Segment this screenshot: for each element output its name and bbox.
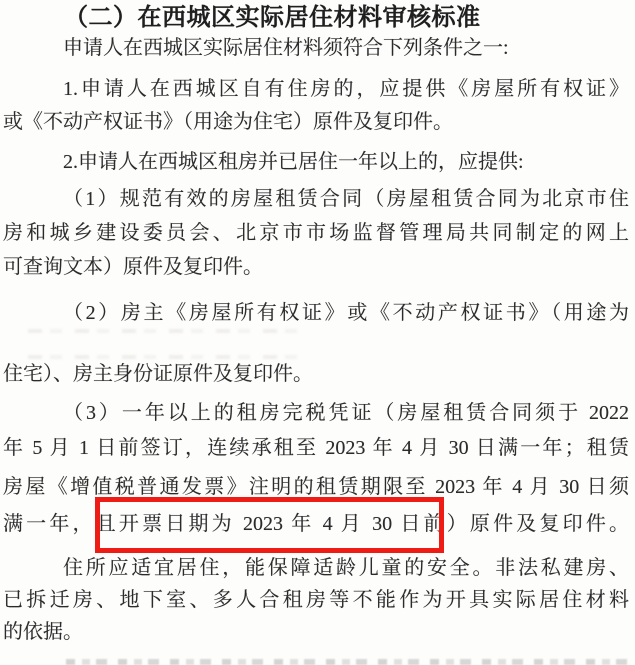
document-line: （3）一年以上的租房完税凭证（房屋租赁合同须于 2022: [3, 400, 629, 426]
document-line: （2）房主《房屋所有权证》或《不动产权证书》（用途为: [3, 300, 629, 326]
document-line: 可查询文本）原件及复印件。: [3, 254, 629, 280]
highlight-annotation-box: [95, 497, 444, 553]
document-line: 1.申请人在西城区自有住房的，应提供《房屋所有权证》: [3, 76, 629, 102]
scan-ghost-artifact: [28, 329, 308, 333]
document-line: 申请人在西城区实际居住材料须符合下列条件之一:: [3, 35, 629, 61]
document-line: 年 5 月 1 日前签订，连续承租至 2023 年 4 月 30 日满一年；租赁: [3, 435, 629, 461]
document-line: 的依据。: [3, 619, 629, 645]
document-line: 或《不动产权证书》（用途为住宅）原件及复印件。: [3, 109, 629, 135]
section-heading: （二）在西城区实际居住材料审核标准: [3, 3, 629, 33]
document-line: 住所应适宜居住，能保障适龄儿童的安全。非法私建房、: [3, 555, 629, 581]
document-line: 已拆迁房、地下室、多人合租房等不能作为开具实际居住材料: [3, 587, 629, 613]
scan-ghost-artifact: [28, 355, 308, 359]
document-line: 2.申请人在西城区租房并已居住一年以上的，应提供:: [3, 149, 629, 175]
document-page: （二）在西城区实际居住材料审核标准 申请人在西城区实际居住材料须符合下列条件之一…: [0, 0, 635, 665]
document-line: 房和城乡建设委员会、北京市市场监督管理局共同制定的网上: [3, 220, 629, 246]
document-line: （1）规范有效的房屋租赁合同（房屋租赁合同为北京市住: [3, 186, 629, 212]
document-line: 住宅）、房主身份证原件及复印件。: [3, 361, 629, 387]
cutoff-text-artifact: [66, 659, 627, 665]
